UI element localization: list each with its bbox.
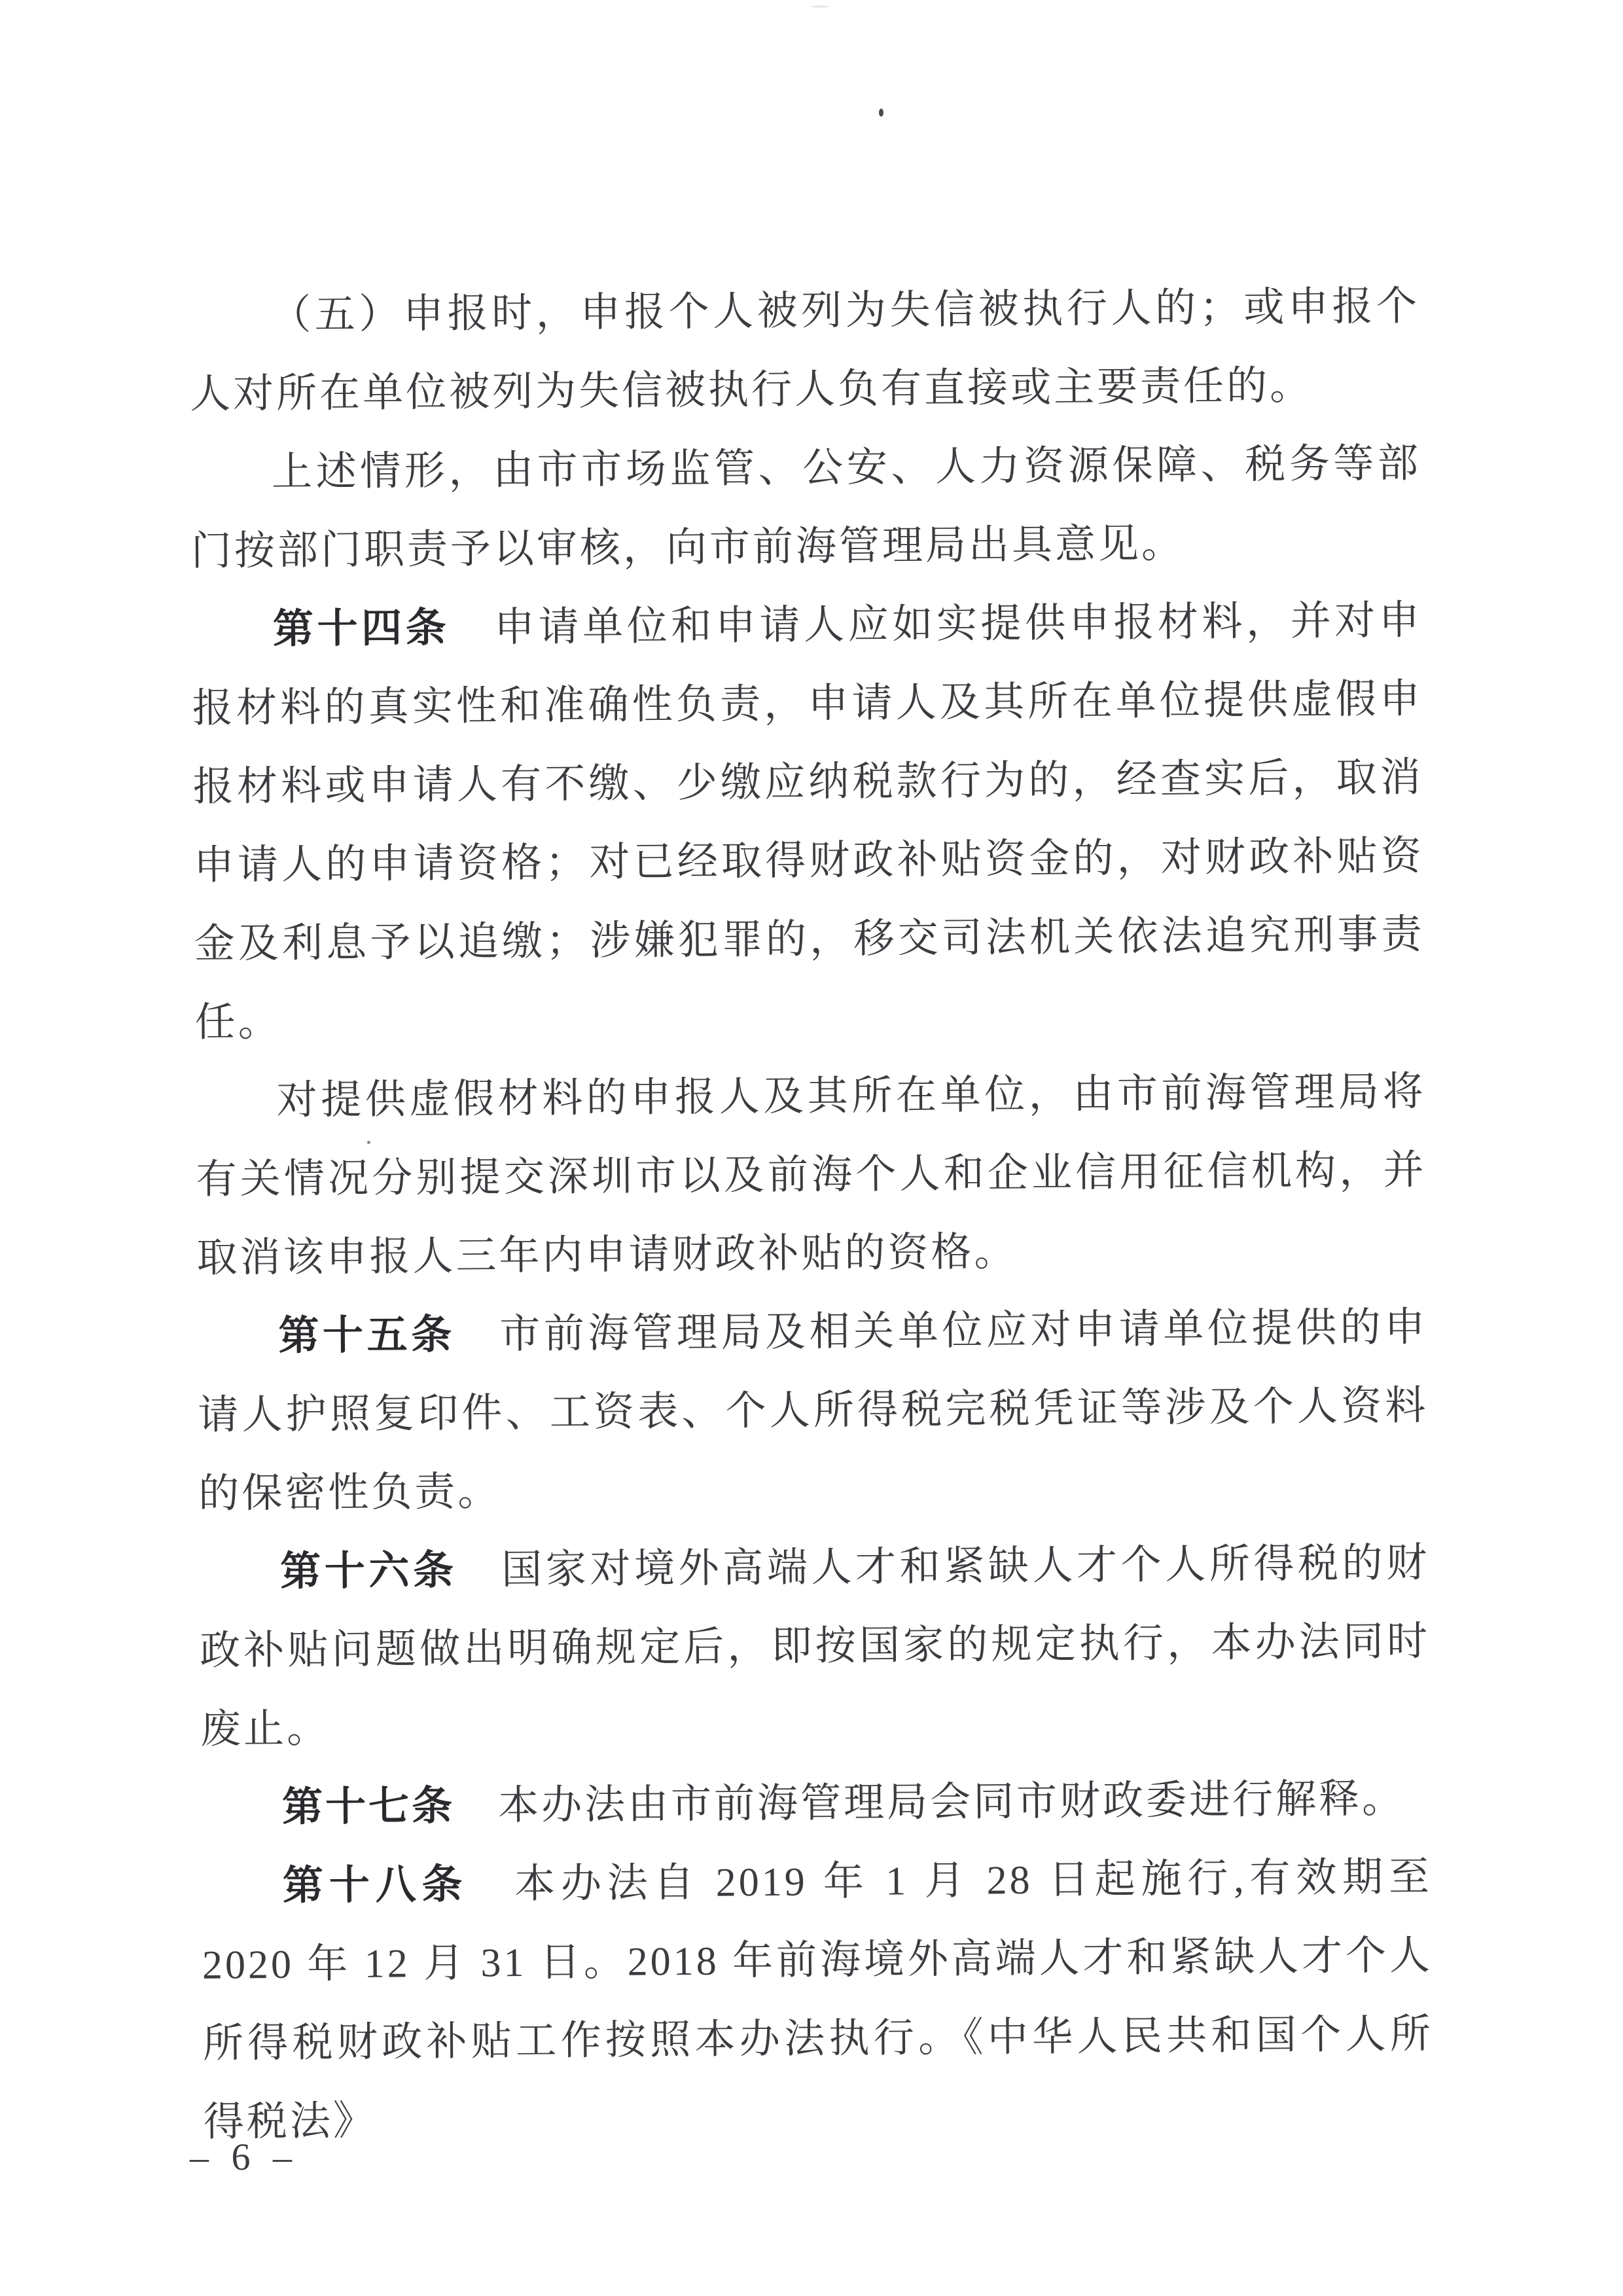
scan-artifact-speck (879, 109, 883, 117)
article-heading: 第十七条 (282, 1784, 499, 1830)
paragraph-text: 上述情形，由市市场监管、公安、人力资源保障、税务等部门按部门职责予以审核，向市前… (191, 441, 1421, 574)
paragraph-text: 本办法由市前海管理局会同市财政委进行解释。 (498, 1776, 1406, 1828)
page-number: – 6 – (190, 2135, 298, 2179)
article-heading: 第十五条 (278, 1312, 500, 1359)
article-heading: 第十四条 (273, 605, 495, 652)
paragraph-article-17: 第十七条 本办法由市前海管理局会同市财政委进行解释。 (201, 1759, 1432, 1848)
paragraph-review-note: 上述情形，由市市场监管、公安、人力资源保障、税务等部门按部门职责予以审核，向市前… (190, 424, 1422, 591)
paragraph-item-5: （五）申报时，申报个人被列为失信被执行人的；或申报个人对所在单位被列为失信被执行… (189, 267, 1421, 434)
paragraph-article-14: 第十四条 申请单位和申请人应如实提供申报材料，并对申报材料的真实性和准确性负责，… (191, 581, 1425, 1062)
paragraph-text: 对提供虚假材料的申报人及其所在单位，由市前海管理局将有关情况分别提交深圳市以及前… (196, 1069, 1426, 1281)
paragraph-article-18: 第十八条 本办法自 2019 年 1 月 28 日起施行,有效期至 2020 年… (202, 1838, 1435, 2162)
scan-artifact-speck (811, 5, 829, 8)
document-page: （五）申报时，申报个人被列为失信被执行人的；或申报个人对所在单位被列为失信被执行… (0, 0, 1623, 2296)
article-heading: 第十八条 (283, 1862, 515, 1909)
paragraph-false-materials: 对提供虚假材料的申报人及其所在单位，由市前海管理局将有关情况分别提交深圳市以及前… (195, 1052, 1427, 1298)
article-heading: 第十六条 (280, 1548, 502, 1594)
paragraph-article-16: 第十六条 国家对境外高端人才和紧缺人才个人所得税的财政补贴问题做出明确规定后，即… (199, 1524, 1431, 1769)
paragraph-text: （五）申报时，申报个人被列为失信被执行人的；或申报个人对所在单位被列为失信被执行… (190, 284, 1420, 417)
document-body: （五）申报时，申报个人被列为失信被执行人的；或申报个人对所在单位被列为失信被执行… (189, 267, 1435, 2162)
paragraph-text: 申请单位和申请人应如实提供申报材料，并对申报材料的真实性和准确性负责，申请人及其… (192, 598, 1425, 1045)
paragraph-article-15: 第十五条 市前海管理局及相关单位应对申请单位提供的申请人护照复印件、工资表、个人… (197, 1288, 1429, 1534)
